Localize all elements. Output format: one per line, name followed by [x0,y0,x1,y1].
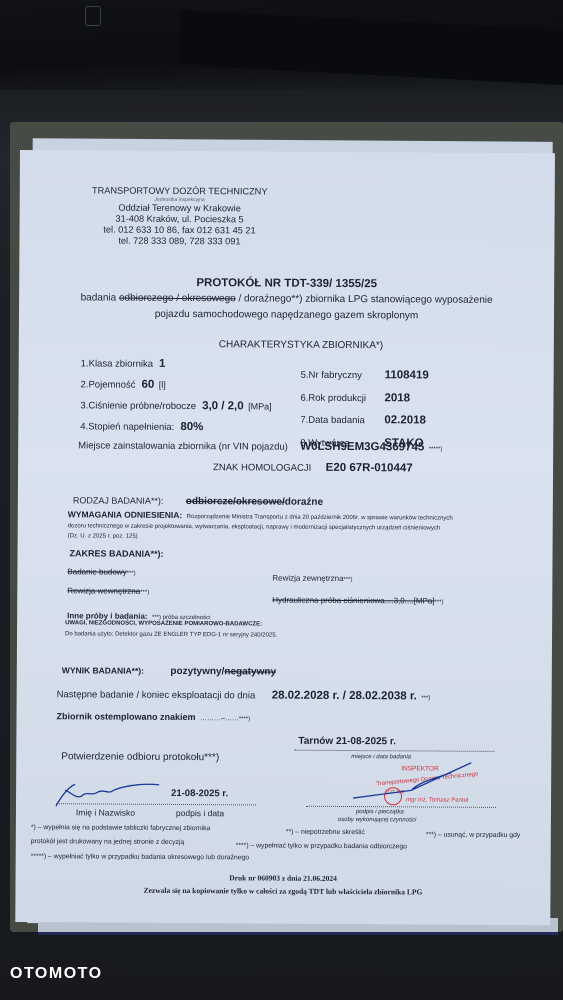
characteristics-heading: CHARAKTERYSTYKA ZBIORNIKA*) [219,339,383,351]
footnote-3b: protokół jest drukowany na jednej stroni… [31,838,184,846]
char-label: 1.Klasa zbiornika [81,358,153,369]
char-value: 1 [159,358,165,370]
homologation-row: ZNAK HOMOLOGACJI E20 67R-010447 [213,457,413,476]
char-label: 3.Ciśnienie próbne/robocze [80,400,196,412]
homologation-value: E20 67R-010447 [326,462,413,475]
scope-item-note: ***) [344,577,353,583]
char-label: 5.Nr fabryczny [301,366,379,387]
characteristics-left: 1.Klasa zbiornika1 2.Pojemność60 [l] 3.C… [80,352,272,437]
next-test-note: ***) [421,695,430,701]
char-label: 6.Rok produkcji [300,388,378,409]
requirements-text1: Rozporządzenie Ministra Transportu z dni… [187,514,453,522]
scope-item-text: Rewizja wewnętrzna [67,586,140,595]
next-test-row: Następne badanie / koniec eksploatacji d… [57,684,431,704]
issuer-phone2: tel. 728 333 089, 728 333 091 [79,235,279,247]
inspector-caption-1: podpis i pieczątka [356,809,404,815]
test-type-value: odbiorcze/okresowe/doraźne [186,496,323,508]
footnote-4: ****) – wypełniać tylko w przypadku bada… [236,842,407,850]
vin-row: Miejsce zainstalowania zbiornika (nr VIN… [78,435,442,455]
subtitle-line2: pojazdu samochodowego napędzanego gazem … [19,308,554,322]
scope-item-text: Badanie budowy [67,567,126,576]
scope-item: Badanie budowy***) [67,567,135,576]
homologation-label: ZNAK HOMOLOGACJI [213,462,311,474]
char-row: 3.Ciśnienie próbne/robocze3,0 / 2,0 [MPa… [80,394,271,416]
char-label: 4.Stopień napełnienia: [80,421,174,433]
char-value: 2018 [384,392,410,404]
subtitle-struck: odbiorczego / okresowego [119,293,236,305]
protocol-subtitle: badania odbiorczego / okresowego / doraź… [19,292,554,306]
next-test-value: 28.02.2028 r. / 28.02.2038 r. [272,690,417,703]
result-negative-struck: negatywny [224,666,276,677]
char-row: 5.Nr fabryczny1108419 [301,364,429,387]
char-label: 2.Pojemność [81,379,136,390]
scope-label: ZAKRES BADANIA**): [70,548,164,559]
char-value: 02.2018 [384,414,426,426]
place-date: Tarnów 21-08-2025 r. [298,736,396,748]
result-label: WYNIK BADANIA**): [62,665,144,676]
remarks-label: UWAGI, NIEZGODNOŚCI, WYPOSAŻENIE POMIARO… [65,620,262,627]
strap-clip [85,6,101,26]
char-row: 1.Klasa zbiornika1 [81,352,272,374]
result-value: pozytywny/negatywny [170,666,276,678]
result-positive: pozytywny/ [170,666,224,677]
issuer-phone-fax: tel. 012 633 10 86, fax 012 631 45 21 [79,224,279,236]
char-row: 4.Stopień napełnienia:80% [80,415,271,437]
char-unit: [l] [159,380,166,390]
protocol-title: PROTOKÓŁ NR TDT-339/ 1355/25 [19,276,554,291]
vin-note: *****) [429,447,443,453]
otomoto-watermark: OTOMOTO [10,965,103,983]
char-value: 1108419 [385,369,429,381]
background-strap [0,0,563,90]
sign-caption: podpis i data [176,808,224,818]
scope-item: Hydrauliczna próba ciśnieniowa....3,0...… [272,596,443,606]
char-row: 2.Pojemność60 [l] [81,373,272,395]
scope-item: Rewizja wewnętrzna***) [67,586,149,596]
footnote-3: ***) – usunąć, w przypadku gdy [426,831,520,839]
remarks-value: Do badania użyto: Detektor gazu ZE ENGLE… [65,631,277,638]
vin-value: W0LSH9EM3G4369745 [300,441,424,454]
protocol-document: TRANSPORTOWY DOZÓR TECHNICZNY Jednostka … [15,150,555,925]
scope-item-note: ***) [140,590,149,596]
other-tests-label: Inne próby i badania: [67,611,148,620]
char-label: 7.Data badania [300,411,378,432]
scope-item: Rewizja zewnętrzna***) [272,574,352,583]
scope-item-note: ***) [435,600,444,606]
char-value: 3,0 / 2,0 [202,400,244,412]
place-date-line [294,750,494,752]
result-row: WYNIK BADANIA**): pozytywny/negatywny [62,660,276,679]
receipt-date: 21-08-2025 r. [171,788,228,799]
form-number: Druk nr 060903 z dnia 21.06.2024 [16,872,551,884]
issuer-org: TRANSPORTOWY DOZÓR TECHNICZNY [80,185,280,197]
inspector-signature [351,760,481,806]
footnote-1: *) – wypełnia się na podstawie tabliczki… [31,824,210,832]
strap-edge [180,10,563,85]
requirements-label: WYMAGANIA ODNIESIENIA: [68,509,182,520]
char-row: 7.Data badania02.2018 [300,409,428,432]
stamp-mark-value: ………–…… [200,715,239,722]
char-unit: [MPa] [248,401,272,411]
subtitle-rest: / doraźnego**) zbiornika LPG stanowiąceg… [238,293,492,306]
requirements-block: WYMAGANIA ODNIESIENIA: Rozporządzenie Mi… [68,508,453,543]
vin-label: Miejsce zainstalowania zbiornika (nr VIN… [78,440,288,452]
test-type-selected: doraźne [285,497,323,508]
test-type-struck: odbiorcze/okresowe/ [186,496,285,508]
test-type-label: RODZAJ BADANIA**): [73,495,164,506]
char-row: 6.Rok produkcji2018 [300,386,428,409]
stamp-mark-row: Zbiornik ostemplowano znakiem ………–……****… [56,706,250,725]
footnote-2: **) – niepotrzebne skreślić [286,829,365,836]
scope-item-text: Rewizja zewnętrzna [272,574,343,583]
stamp-mark-note: ****) [239,716,250,722]
stamp-mark-label: Zbiornik ostemplowano znakiem [57,711,196,722]
test-type-row: RODZAJ BADANIA**): odbiorcze/okresowe/do… [73,490,323,510]
next-test-label: Następne badanie / koniec eksploatacji d… [57,689,256,701]
name-caption: Imię i Nazwisko [76,807,135,817]
footnote-5: *****) – wypełniać tylko w przypadku bad… [31,853,249,861]
copy-notice: Zezwala się na kopiowanie tylko w całośc… [15,885,550,897]
inspector-sign-line [306,806,496,808]
scope-item-note: ***) [127,571,136,577]
issuer-header: TRANSPORTOWY DOZÓR TECHNICZNY Jednostka … [79,185,279,247]
inspector-caption-2: osoby wykonującej czynności [338,817,416,823]
receipt-label: Potwierdzenie odbioru protokołu***) [61,751,219,763]
scope-item-text: Hydrauliczna próba ciśnieniowa....3,0...… [272,596,434,606]
subtitle-prefix: badania [81,292,117,303]
char-value: 80% [180,421,203,433]
char-value: 60 [141,379,154,391]
